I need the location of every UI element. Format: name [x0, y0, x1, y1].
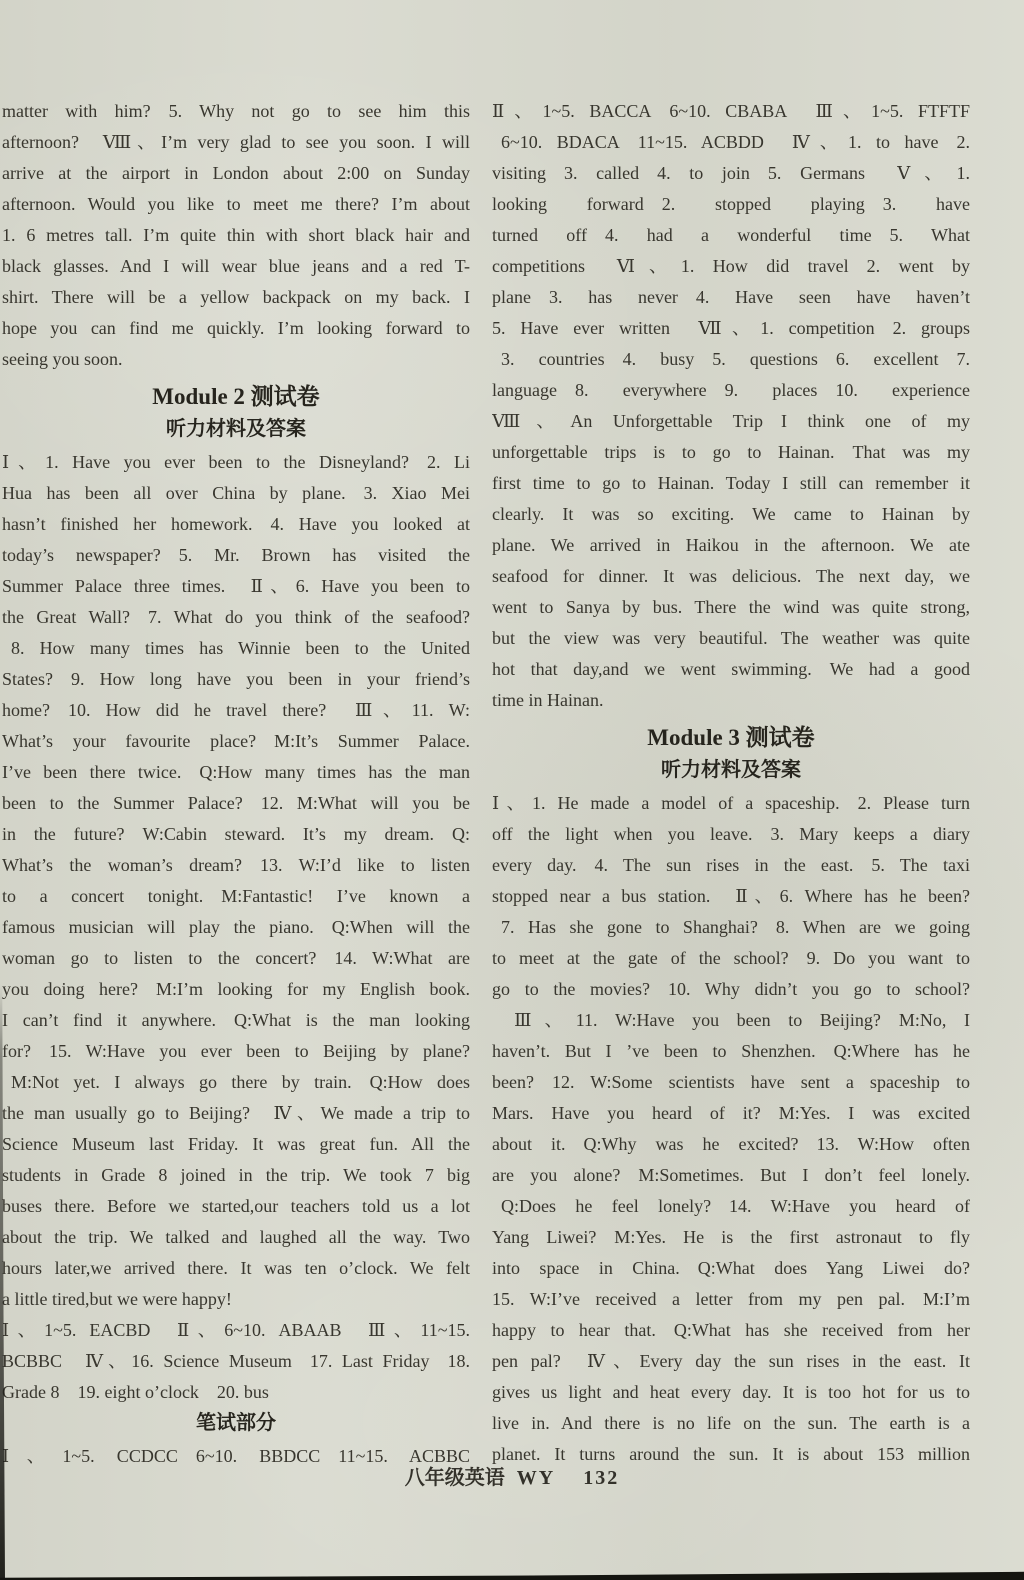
text-line: black glasses. And I will wear blue jean…	[2, 251, 470, 282]
text-line: gives us light and heat every day. It is…	[492, 1377, 970, 1408]
text-line: haven’t. But I ’ve been to Shenzhen. Q:W…	[492, 1036, 970, 1067]
text-line: pen pal? Ⅳ、Every day the sun rises in th…	[492, 1346, 970, 1377]
text-line: live in. And there is no life on the sun…	[492, 1408, 970, 1439]
page-footer: 八年级英语WY132	[0, 1461, 1024, 1490]
text-line: visiting 3. called 4. to join 5. Germans…	[492, 158, 970, 189]
text-line: time in Hainan.	[492, 685, 970, 716]
text-line: students in Grade 8 joined in the trip. …	[2, 1160, 470, 1191]
text-line: hot that day,and we went swimming. We ha…	[492, 654, 970, 685]
footer-page-number: 132	[583, 1467, 619, 1489]
section-heading: Module 3 测试卷	[492, 721, 970, 755]
text-line: arrive at the airport in London about 2:…	[2, 158, 470, 189]
text-line: the Great Wall? 7. What do you think of …	[2, 602, 470, 633]
text-line: hours later,we arrived there. It was ten…	[2, 1253, 470, 1284]
text-line: M:Not yet. I always go there by train. Q…	[2, 1067, 470, 1098]
text-line: go to the movies? 10. Why didn’t you go …	[492, 974, 970, 1005]
footer-edition-code: WY	[517, 1467, 555, 1489]
text-line: in the future? W:Cabin steward. It’s my …	[2, 819, 470, 850]
text-line: you doing here? M:I’m looking for my Eng…	[2, 974, 470, 1005]
text-line: the man usually go to Beijing? Ⅳ、We made…	[2, 1098, 470, 1129]
text-line: Yang Liwei? M:Yes. He is the first astro…	[492, 1222, 970, 1253]
text-line: What’s your favourite place? M:It’s Summ…	[2, 726, 470, 757]
text-line: about the trip. We talked and laughed al…	[2, 1222, 470, 1253]
text-line: for? 15. W:Have you ever been to Beijing…	[2, 1036, 470, 1067]
text-line: seafood for dinner. It was delicious. Th…	[492, 561, 970, 592]
text-line: 15. W:I’ve received a letter from my pen…	[492, 1284, 970, 1315]
text-line: afternoon? Ⅷ、I’m very glad to see you so…	[2, 127, 470, 158]
text-line: stopped near a bus station. Ⅱ、6. Where h…	[492, 881, 970, 912]
text-line: shirt. There will be a yellow backpack o…	[2, 282, 470, 313]
text-line: are you alone? M:Sometimes. But I don’t …	[492, 1160, 970, 1191]
text-line: a little tired,but we were happy!	[2, 1284, 470, 1315]
text-line: happy to hear that. Q:What has she recei…	[492, 1315, 970, 1346]
footer-book-title: 八年级英语	[405, 1467, 505, 1489]
section-heading: Module 2 测试卷	[2, 380, 470, 414]
text-line: language 8. everywhere 9. places 10. exp…	[492, 375, 970, 406]
text-line: matter with him? 5. Why not go to see hi…	[2, 96, 470, 127]
text-line: I’ve been there twice. Q:How many times …	[2, 757, 470, 788]
text-line: 8. How many times has Winnie been to the…	[2, 633, 470, 664]
text-line: first time to go to Hainan. Today I stil…	[492, 468, 970, 499]
text-line: Summer Palace three times. Ⅱ、6. Have you…	[2, 571, 470, 602]
text-line: hasn’t finished her homework. 4. Have yo…	[2, 509, 470, 540]
text-line: about it. Q:Why was he excited? 13. W:Ho…	[492, 1129, 970, 1160]
text-line: 6~10. BDACA 11~15. ACBDD Ⅳ、1. to have 2.	[492, 127, 970, 158]
text-line: been? 12. W:Some scientists have sent a …	[492, 1067, 970, 1098]
text-line: What’s the woman’s dream? 13. W:I’d like…	[2, 850, 470, 881]
text-line: to meet at the gate of the school? 9. Do…	[492, 943, 970, 974]
text-line: off the light when you leave. 3. Mary ke…	[492, 819, 970, 850]
scan-edge-artifact-bottom	[0, 1570, 1024, 1580]
text-line: 3. countries 4. busy 5. questions 6. exc…	[492, 344, 970, 375]
text-line: woman go to listen to the concert? 14. W…	[2, 943, 470, 974]
text-line: Ⅰ、1~5. EACBD Ⅱ、6~10. ABAAB Ⅲ、11~15.	[2, 1315, 470, 1346]
section-subheading: 听力材料及答案	[492, 755, 970, 785]
text-line: famous musician will play the piano. Q:W…	[2, 912, 470, 943]
text-line: unforgettable trips is to go to Hainan. …	[492, 437, 970, 468]
text-line: Q:Does he feel lonely? 14. W:Have you he…	[492, 1191, 970, 1222]
right-column: Ⅱ、1~5. BACCA 6~10. CBABA Ⅲ、1~5. FTFTF 6~…	[492, 96, 970, 1470]
text-line: Ⅱ、1~5. BACCA 6~10. CBABA Ⅲ、1~5. FTFTF	[492, 96, 970, 127]
text-line: Grade 8 19. eight o’clock 20. bus	[2, 1377, 470, 1408]
section-subheading: 听力材料及答案	[2, 414, 470, 444]
text-line: been to the Summer Palace? 12. M:What wi…	[2, 788, 470, 819]
text-line: plane. We arrived in Haikou in the after…	[492, 530, 970, 561]
text-line: to a concert tonight. M:Fantastic! I’ve …	[2, 881, 470, 912]
text-line: I can’t find it anywhere. Q:What is the …	[2, 1005, 470, 1036]
text-line: home? 10. How did he travel there? Ⅲ、11.…	[2, 695, 470, 726]
text-line: 5. Have ever written Ⅶ、1. competition 2.…	[492, 313, 970, 344]
text-line: Ⅰ、1. He made a model of a spaceship. 2. …	[492, 788, 970, 819]
text-line: 1. 6 metres tall. I’m quite thin with sh…	[2, 220, 470, 251]
text-line: seeing you soon.	[2, 344, 470, 375]
text-line: but the view was very beautiful. The wea…	[492, 623, 970, 654]
text-line: Science Museum last Friday. It was great…	[2, 1129, 470, 1160]
text-line: Ⅰ、1. Have you ever been to the Disneylan…	[2, 447, 470, 478]
text-line: Ⅲ、11. W:Have you been to Beijing? M:No, …	[492, 1005, 970, 1036]
text-line: Mars. Have you heard of it? M:Yes. I was…	[492, 1098, 970, 1129]
text-line: BCBBC Ⅳ、16. Science Museum 17. Last Frid…	[2, 1346, 470, 1377]
text-line: 7. Has she gone to Shanghai? 8. When are…	[492, 912, 970, 943]
text-line: went to Sanya by bus. There the wind was…	[492, 592, 970, 623]
text-line: every day. 4. The sun rises in the east.…	[492, 850, 970, 881]
text-line: clearly. It was so exciting. We came to …	[492, 499, 970, 530]
text-line: afternoon. Would you like to meet me the…	[2, 189, 470, 220]
text-line: into space in China. Q:What does Yang Li…	[492, 1253, 970, 1284]
text-line: buses there. Before we started,our teach…	[2, 1191, 470, 1222]
text-line: competitions Ⅵ、1. How did travel 2. went…	[492, 251, 970, 282]
section-subheading: 笔试部分	[2, 1408, 470, 1438]
left-column: matter with him? 5. Why not go to see hi…	[2, 96, 470, 1472]
scanned-answer-key-page: matter with him? 5. Why not go to see hi…	[0, 0, 1024, 1580]
text-line: Hua has been all over China by plane. 3.…	[2, 478, 470, 509]
text-line: hope you can find me quickly. I’m lookin…	[2, 313, 470, 344]
text-line: looking forward 2. stopped playing 3. ha…	[492, 189, 970, 220]
text-line: States? 9. How long have you been in you…	[2, 664, 470, 695]
text-line: today’s newspaper? 5. Mr. Brown has visi…	[2, 540, 470, 571]
text-line: Ⅷ、An Unforgettable Trip I think one of m…	[492, 406, 970, 437]
text-line: turned off 4. had a wonderful time 5. Wh…	[492, 220, 970, 251]
text-line: plane 3. has never 4. Have seen have hav…	[492, 282, 970, 313]
